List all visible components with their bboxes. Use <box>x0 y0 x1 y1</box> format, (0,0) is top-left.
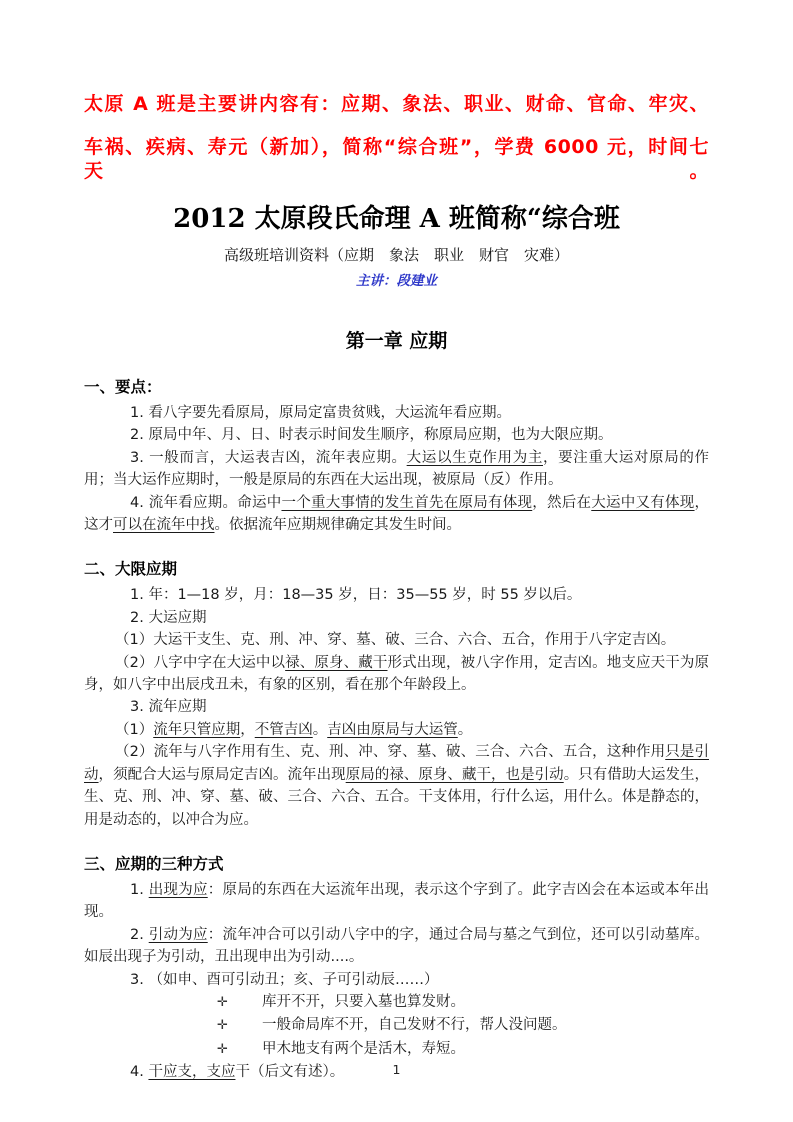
list-item: （2）八字中字在大运中以禄、原身、藏干形式出现，被八字作用，定吉凶。地支应天干为… <box>84 652 709 697</box>
document-subtitle: 高级班培训资料（应期 象法 职业 财官 灾难） <box>84 245 709 265</box>
diamond-cross-bullet-icon: ✛ <box>217 1014 262 1038</box>
diamond-cross-bullet-icon: ✛ <box>217 1038 262 1062</box>
section-three-ways: 三、应期的三种方式 1. 出现为应：原局的东西在大运流年出现，表示这个字到了。此… <box>84 853 709 1084</box>
section-heading-2: 二、大限应期 <box>84 558 709 580</box>
page-number: 1 <box>0 1062 793 1077</box>
list-item: 3. 流年应期 <box>84 696 709 718</box>
bullet-text: 库开不开，只要入墓也算发财。 <box>262 994 465 1010</box>
section-heading-1: 一、要点： <box>84 376 709 398</box>
list-item: 3. （如申、酉可引动丑；亥、子可引动辰……） <box>84 969 709 991</box>
section-daxian-yingqi: 二、大限应期 1. 年：1—18 岁，月：18—35 岁，日：35—55 岁，时… <box>84 558 709 830</box>
list-item: （1）大运干支生、克、刑、冲、穿、墓、破、三合、六合、五合，作用于八字定吉凶。 <box>84 629 709 651</box>
lecturer-line: 主讲：段建业 <box>84 272 709 290</box>
list-item: 1. 看八字要先看原局，原局定富贵贫贱，大运流年看应期。 <box>84 402 709 424</box>
chapter-title: 第一章 应期 <box>84 328 709 354</box>
document-title: 2012 太原段氏命理 A 班简称“综合班 <box>84 202 709 236</box>
section-key-points: 一、要点： 1. 看八字要先看原局，原局定富贵贫贱，大运流年看应期。 2. 原局… <box>84 376 709 536</box>
banner-line-1: 太原 A 班是主要讲内容有：应期、象法、职业、财命、官命、牢灾、 <box>84 92 709 116</box>
diamond-cross-bullet-icon: ✛ <box>217 991 262 1015</box>
bullet-item: ✛甲木地支有两个是活木，寿短。 <box>84 1038 709 1062</box>
list-item: 3. 一般而言，大运表吉凶，流年表应期。大运以生克作用为主，要注重大运对原局的作… <box>84 447 709 492</box>
bullet-text: 甲木地支有两个是活木，寿短。 <box>262 1041 465 1057</box>
banner-line-2: 车祸、疾病、寿元（新加），简称“综合班”，学费 6000 元，时间七天。 <box>84 135 709 183</box>
list-item: （1）流年只管应期，不管吉凶。吉凶由原局与大运管。 <box>84 719 709 741</box>
bullet-item: ✛一般命局库不开，自己发财不行，帮人没问题。 <box>84 1014 709 1038</box>
list-item: 1. 年：1—18 岁，月：18—35 岁，日：35—55 岁，时 55 岁以后… <box>84 584 709 606</box>
list-item: 2. 原局中年、月、日、时表示时间发生顺序，称原局应期，也为大限应期。 <box>84 424 709 446</box>
list-item: 1. 出现为应：原局的东西在大运流年出现，表示这个字到了。此字吉凶会在本运或本年… <box>84 879 709 924</box>
list-item: 2. 引动为应：流年冲合可以引动八字中的字，通过合局与墓之气到位，还可以引动墓库… <box>84 924 709 969</box>
list-item: 2. 大运应期 <box>84 607 709 629</box>
list-item: （2）流年与八字作用有生、克、刑、冲、穿、墓、破、三合、六合、五合，这种作用只是… <box>84 741 709 831</box>
document-page: 太原 A 班是主要讲内容有：应期、象法、职业、财命、官命、牢灾、 车祸、疾病、寿… <box>0 0 793 1122</box>
bullet-item: ✛库开不开，只要入墓也算发财。 <box>84 991 709 1015</box>
list-item: 4. 流年看应期。命运中一个重大事情的发生首先在原局有体现，然后在大运中又有体现… <box>84 492 709 537</box>
section-heading-3: 三、应期的三种方式 <box>84 853 709 875</box>
course-banner: 太原 A 班是主要讲内容有：应期、象法、职业、财命、官命、牢灾、 车祸、疾病、寿… <box>84 92 709 183</box>
bullet-text: 一般命局库不开，自己发财不行，帮人没问题。 <box>262 1017 567 1033</box>
